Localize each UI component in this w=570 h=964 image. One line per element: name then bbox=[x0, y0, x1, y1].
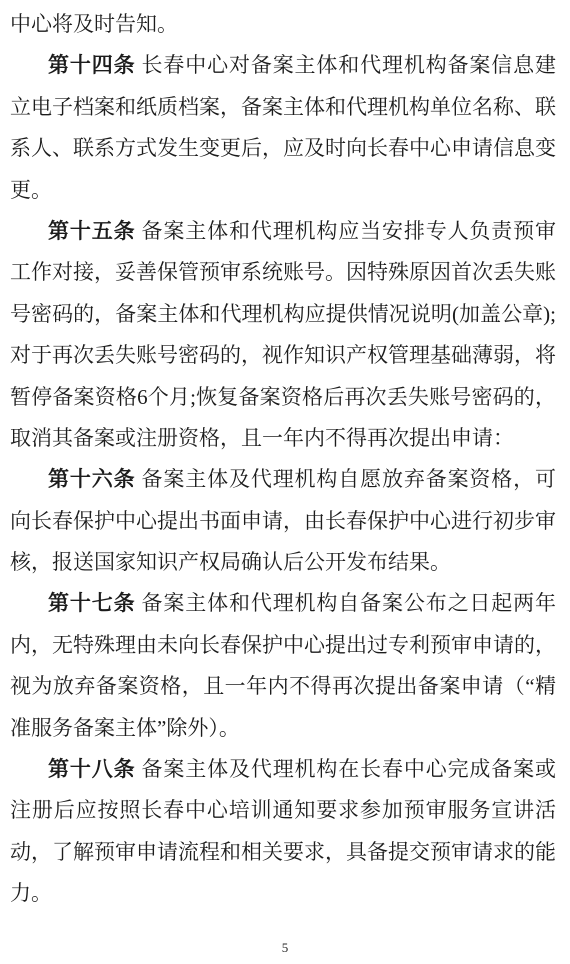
text-segment: 暂停备案资格6个月;恢复备案资格后再次丢失账号密码的， bbox=[10, 385, 556, 409]
text-line: 第十八条 备案主体及代理机构在长春中心完成备案或 bbox=[10, 749, 556, 790]
text-line: 注册后应按照长春中心培训通知要求参加预审服务宣讲活 bbox=[10, 790, 556, 831]
page-footer: 5 bbox=[0, 939, 570, 957]
article-heading: 第十六条 bbox=[48, 467, 135, 491]
text-line: 对于再次丢失账号密码的，视作知识产权管理基础薄弱，将 bbox=[10, 335, 556, 376]
article-heading: 第十八条 bbox=[48, 757, 135, 781]
text-line: 核，报送国家知识产权局确认后公开发布结果。 bbox=[10, 542, 556, 583]
text-line: 取消其备案或注册资格，且一年内不得再次提出申请： bbox=[10, 418, 556, 459]
text-segment: 备案主体和代理机构应当安排专人负责预审 bbox=[135, 219, 556, 243]
text-segment: 视为放弃备案资格，且一年内不得再次提出备案申请（“精 bbox=[10, 674, 556, 698]
text-line: 动，了解预审申请流程和相关要求，具备提交预审请求的能 bbox=[10, 832, 556, 873]
text-segment: 动，了解预审申请流程和相关要求，具备提交预审请求的能 bbox=[10, 840, 556, 864]
text-segment: 中心将及时告知。 bbox=[10, 12, 178, 36]
text-line: 第十五条 备案主体和代理机构应当安排专人负责预审 bbox=[10, 211, 556, 252]
text-segment: 内，无特殊理由未向长春保护中心提出过专利预审申请的， bbox=[10, 633, 556, 657]
text-line: 暂停备案资格6个月;恢复备案资格后再次丢失账号密码的， bbox=[10, 377, 556, 418]
text-line: 向长春保护中心提出书面申请，由长春保护中心进行初步审 bbox=[10, 501, 556, 542]
text-segment: 工作对接，妥善保管预审系统账号。因特殊原因首次丢失账 bbox=[10, 260, 556, 284]
text-line: 号密码的，备案主体和代理机构应提供情况说明(加盖公章); bbox=[10, 294, 556, 335]
text-line: 内，无特殊理由未向长春保护中心提出过专利预审申请的， bbox=[10, 625, 556, 666]
text-segment: 取消其备案或注册资格，且一年内不得再次提出申请： bbox=[10, 426, 514, 450]
text-line: 第十四条 长春中心对备案主体和代理机构备案信息建 bbox=[10, 45, 556, 86]
article-heading: 第十七条 bbox=[48, 591, 135, 615]
text-line: 准服务备案主体”除外）。 bbox=[10, 708, 556, 749]
text-line: 系人、联系方式发生变更后，应及时向长春中心申请信息变 bbox=[10, 128, 556, 169]
document-page: 中心将及时告知。第十四条 长春中心对备案主体和代理机构备案信息建立电子档案和纸质… bbox=[0, 0, 570, 964]
text-line: 第十六条 备案主体及代理机构自愿放弃备案资格，可 bbox=[10, 459, 556, 500]
text-line: 第十七条 备案主体和代理机构自备案公布之日起两年 bbox=[10, 583, 556, 624]
text-segment: 备案主体及代理机构在长春中心完成备案或 bbox=[135, 757, 556, 781]
text-segment: 更。 bbox=[10, 178, 52, 202]
text-segment: 备案主体和代理机构自备案公布之日起两年 bbox=[135, 591, 556, 615]
text-line: 工作对接，妥善保管预审系统账号。因特殊原因首次丢失账 bbox=[10, 252, 556, 293]
text-segment: 系人、联系方式发生变更后，应及时向长春中心申请信息变 bbox=[10, 136, 556, 160]
article-heading: 第十五条 bbox=[48, 219, 135, 243]
text-line: 中心将及时告知。 bbox=[10, 4, 556, 45]
text-segment: 长春中心对备案主体和代理机构备案信息建 bbox=[135, 53, 556, 77]
text-segment: 对于再次丢失账号密码的，视作知识产权管理基础薄弱，将 bbox=[10, 343, 556, 367]
document-body: 中心将及时告知。第十四条 长春中心对备案主体和代理机构备案信息建立电子档案和纸质… bbox=[10, 4, 556, 915]
text-line: 更。 bbox=[10, 170, 556, 211]
text-line: 力。 bbox=[10, 873, 556, 914]
article-heading: 第十四条 bbox=[48, 53, 135, 77]
text-segment: 向长春保护中心提出书面申请，由长春保护中心进行初步审 bbox=[10, 509, 556, 533]
text-segment: 核，报送国家知识产权局确认后公开发布结果。 bbox=[10, 550, 451, 574]
text-segment: 号密码的，备案主体和代理机构应提供情况说明(加盖公章); bbox=[10, 302, 556, 326]
text-segment: 注册后应按照长春中心培训通知要求参加预审服务宣讲活 bbox=[10, 798, 556, 822]
text-segment: 立电子档案和纸质档案，备案主体和代理机构单位名称、联 bbox=[10, 95, 556, 119]
text-line: 视为放弃备案资格，且一年内不得再次提出备案申请（“精 bbox=[10, 666, 556, 707]
text-segment: 力。 bbox=[10, 881, 52, 905]
text-line: 立电子档案和纸质档案，备案主体和代理机构单位名称、联 bbox=[10, 87, 556, 128]
text-segment: 准服务备案主体”除外）。 bbox=[10, 716, 240, 740]
text-segment: 备案主体及代理机构自愿放弃备案资格，可 bbox=[135, 467, 556, 491]
page-number: 5 bbox=[282, 940, 289, 955]
